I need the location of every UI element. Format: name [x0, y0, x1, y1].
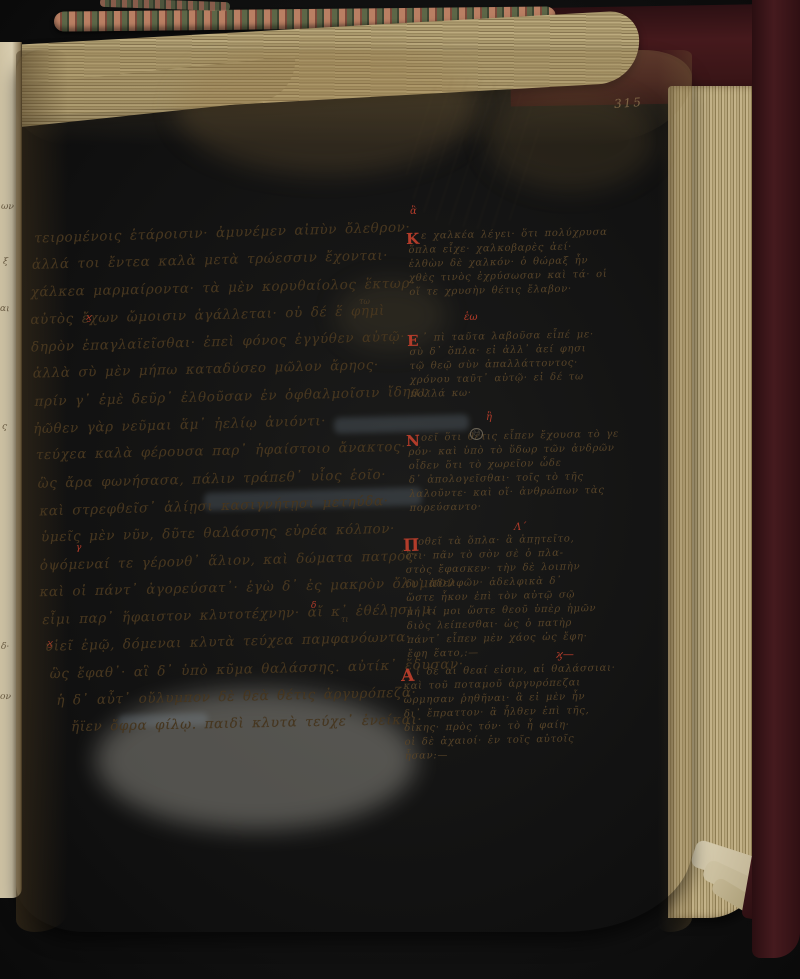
scholion-initial: Ε	[407, 332, 419, 350]
reference-siglum: ϗ—	[556, 648, 574, 661]
scholion-block: Ποθεῖ τὰ ὅπλα· ἃ ἀπῃτεῖτο,ὅτι· πᾶν τὸ σὸ…	[405, 532, 652, 663]
reference-siglum: ἢ	[486, 412, 492, 423]
scholion-initial: Κ	[406, 230, 419, 248]
scholion-block: Κε χαλκέα λέγει· ὅτι πολύχρυσαὅπλα εἶχε·…	[408, 226, 653, 301]
scholion-initial: Π	[403, 536, 419, 556]
reference-siglum: Λ´	[514, 522, 526, 533]
reference-siglum: ϗ	[86, 313, 92, 323]
pencil-scribble	[398, 70, 548, 237]
text-line: ἤϊεν ὄφρα φίλῳ. παιδὶ κλυτὰ τεύχε᾽ ἐνείκ…	[71, 712, 433, 747]
scholion-initial: Α	[401, 666, 415, 686]
main-text-column: τειρομένοις ἑτάροισιν· ἀμυνέμεν αἰπὺν ὄλ…	[28, 220, 433, 749]
reference-siglum: δ	[311, 601, 316, 611]
reference-siglum: τω	[359, 297, 370, 306]
facing-page-fragment: ξ	[3, 257, 8, 267]
reference-siglum: ϗ	[47, 639, 53, 649]
reference-siglum: τι	[341, 615, 349, 624]
scholion-block: Αἱ δὲ αἱ θεαί εἰσιν, αἱ θαλάσσιαι·καὶ το…	[403, 662, 649, 765]
manuscript-photo: ωνξαιςδ·ον 315 τειρομένοις ἑτάροισιν· ἀμ…	[0, 0, 800, 979]
scholion-initial: Ν	[406, 432, 420, 450]
reference-siglum: ἃ	[410, 206, 417, 217]
scholion-block: Νοεῖ ὅτι θέτις εἶπεν ἔχουσα τὸ γερόν· κα…	[408, 428, 654, 517]
facing-page-fragment: δ·	[1, 642, 10, 652]
facing-page-fragment: ων	[1, 202, 14, 213]
reference-siglum: γ	[76, 543, 81, 553]
scholion-block: Ε᾽ πὶ ταῦτα λαβοῦσα εἶπέ με·σὺ δ᾽ ὅπλα· …	[409, 328, 654, 403]
reference-siglum: ἑω	[464, 312, 478, 323]
folio-number: 315	[614, 95, 644, 111]
book-cover-right	[752, 0, 800, 958]
facing-page-fragment: ον	[0, 692, 11, 703]
page-shading	[658, 50, 692, 932]
facing-page-fragment: αι	[0, 304, 10, 314]
facing-page-fragment: ς	[2, 422, 8, 432]
parchment-page: 315 τειρομένοις ἑτάροισιν· ἀμυνέμεν αἰπὺ…	[16, 50, 692, 932]
